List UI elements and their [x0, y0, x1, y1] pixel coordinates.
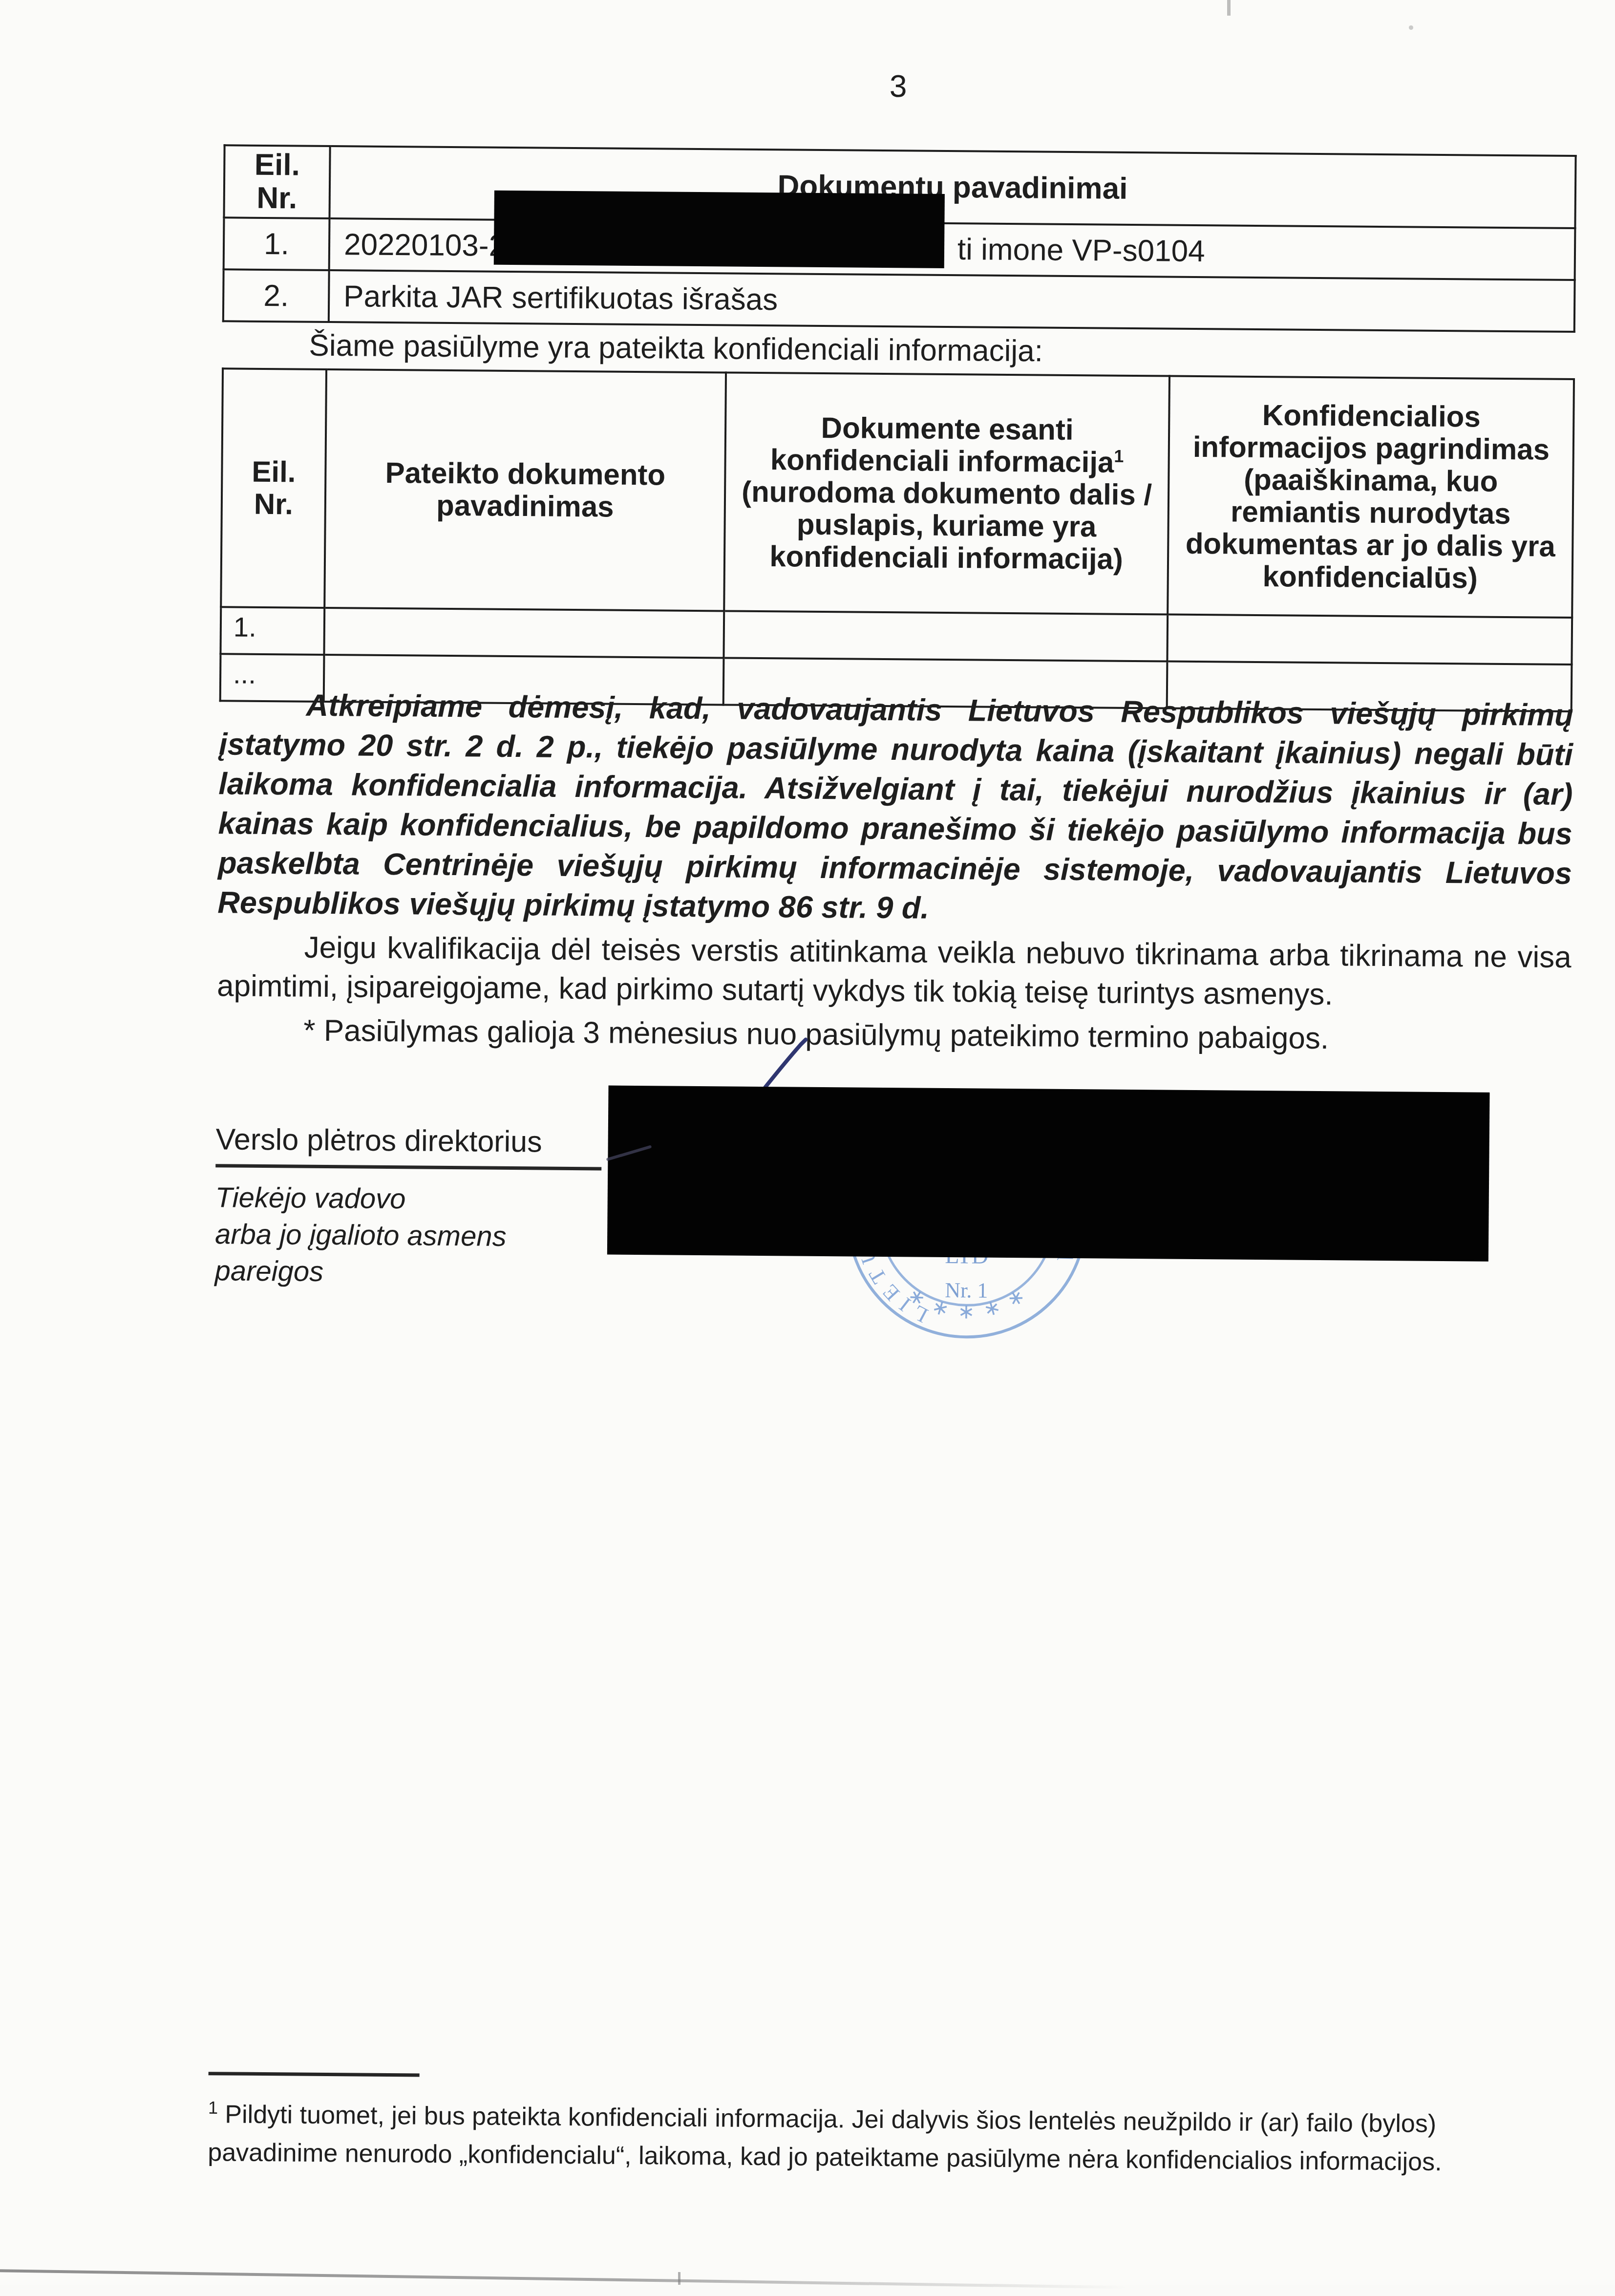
document-name-after-redaction: ti imone VP-s0104 [957, 233, 1205, 268]
stamp-center-line2: Nr. 1 [945, 1278, 988, 1303]
row-number: 1. [220, 607, 324, 655]
footnote: 1 Pildyti tuomet, jei bus pateikta konfi… [208, 2095, 1571, 2182]
document-name-before-redaction: 20220103-2 [344, 228, 506, 263]
empty-cell [324, 608, 724, 658]
star-icon: ∗ [957, 1299, 975, 1323]
signature-pen-stroke [758, 1036, 822, 1091]
confidential-header-info: Dokumente esanti konfidenciali informaci… [724, 372, 1169, 614]
page-content: 3 Eil. Nr. Dokumentų pavadinimai 1. 2022… [0, 0, 1615, 2285]
scan-artifact [678, 2272, 680, 2285]
footnote-number: 1 [208, 2098, 218, 2118]
empty-cell [723, 611, 1168, 661]
price-confidentiality-notice: Atkreipiame dėmesį, kad, vadovaujantis L… [217, 685, 1573, 933]
footnote-separator [209, 2072, 420, 2077]
scanned-document-page: 3 Eil. Nr. Dokumentų pavadinimai 1. 2022… [0, 0, 1615, 2285]
empty-cell [1167, 615, 1572, 665]
offer-validity-note: * Pasiūlymas galioja 3 mėnesius nuo pasi… [216, 1012, 1571, 1058]
confidential-header-document: Pateikto dokumento pavadinimas [324, 369, 726, 611]
footnote-body: Pildyti tuomet, jei bus pateikta konfide… [208, 2100, 1442, 2176]
confidential-intro-line: Šiame pasiūlyme yra pateikta konfidencia… [222, 327, 1576, 373]
page-number: 3 [844, 67, 952, 105]
document-name-cell: Parkita JAR sertifikuotas išrašas [329, 270, 1575, 332]
row-number: 2. [223, 269, 329, 322]
confidential-header-nr: Eil. Nr. [221, 368, 326, 608]
confidential-header-basis: Konfidencialios informacijos pagrindimas… [1168, 376, 1574, 618]
redaction-box [607, 1086, 1490, 1262]
confidential-header-info-paren: (nurodoma dokumento dalis / puslapis, ku… [742, 475, 1152, 576]
confidential-info-table: Eil. Nr. Pateikto dokumento pavadinimas … [219, 367, 1575, 712]
confidential-header-info-main: Dokumente esanti konfidenciali informaci… [770, 411, 1114, 479]
document-name-cell: 20220103-2ti imone VP-s0104 [329, 218, 1575, 280]
documents-table: Eil. Nr. Dokumentų pavadinimai 1. 202201… [222, 144, 1577, 333]
footnote-reference-icon: 1 [1114, 446, 1124, 466]
documents-table-header-nr: Eil. Nr. [224, 145, 330, 218]
signature-caption-line: pareigos [214, 1252, 752, 1293]
qualification-paragraph: Jeigu kvalifikacija dėl teisės verstis a… [217, 927, 1572, 1016]
scan-artifact [1409, 25, 1413, 30]
redaction-box [494, 191, 945, 268]
signer-role-underlined: Verslo plėtros direktorius [215, 1122, 602, 1170]
confidential-table-header-row: Eil. Nr. Pateikto dokumento pavadinimas … [221, 368, 1574, 618]
pen-stroke-path [765, 1039, 806, 1088]
table-row: 2. Parkita JAR sertifikuotas išrašas [223, 269, 1575, 332]
row-number: 1. [224, 217, 330, 270]
star-icon: ∗ [1002, 1283, 1029, 1312]
scan-artifact [1227, 0, 1231, 16]
